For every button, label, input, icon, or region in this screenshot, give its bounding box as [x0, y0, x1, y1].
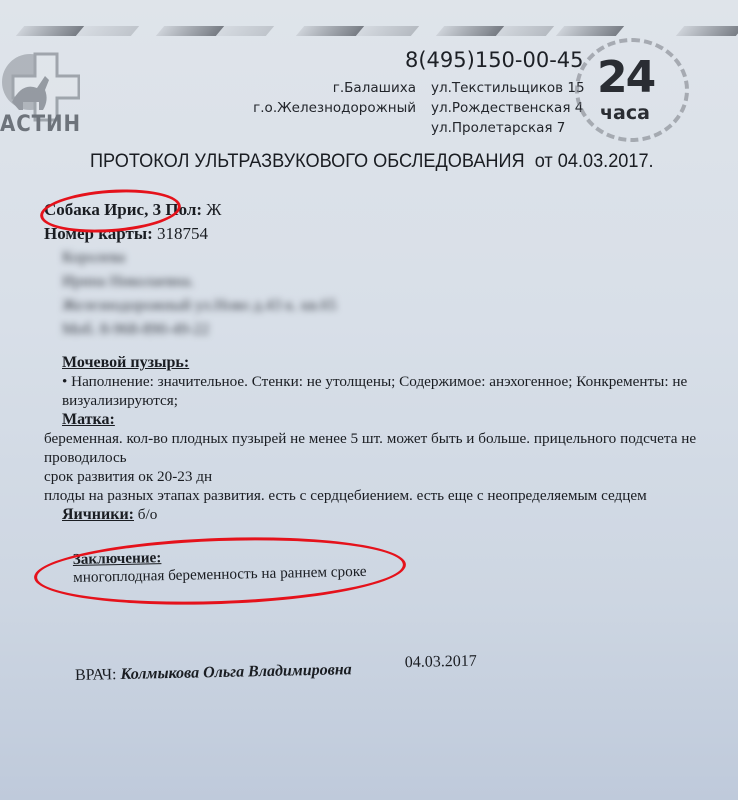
bladder-heading: Мочевой пузырь: — [62, 353, 738, 372]
24-hours-badge: 24 часа — [575, 38, 685, 138]
clinic-cities: г.Балашиха г.о.Железнодорожный — [253, 78, 416, 118]
bladder-text: визуализируются; — [62, 391, 738, 410]
city: г.о.Железнодорожный — [253, 98, 416, 118]
card-value: 318754 — [157, 224, 208, 243]
address: ул.Пролетарская 7 — [431, 118, 585, 138]
bladder-text: • Наполнение: значительное. Стенки: не у… — [62, 372, 738, 391]
city: г.Балашиха — [253, 78, 416, 98]
owner-line: Королева — [62, 246, 337, 270]
badge-number: 24 — [597, 52, 654, 103]
uterus-text: беременная. кол-во плодных пузырей не ме… — [44, 429, 738, 448]
ovaries-value: б/о — [138, 506, 158, 523]
document-title: ПРОТОКОЛ УЛЬТРАЗВУКОВОГО ОБСЛЕДОВАНИЯ — [90, 150, 525, 172]
address: ул.Рождественская 4 — [431, 98, 585, 118]
clinic-phone: 8(495)150-00-45 — [405, 48, 584, 72]
uterus-text: проводилось — [44, 448, 738, 467]
owner-line: Железнодорожный ул.Ново д.43 к. кв.65 — [62, 294, 337, 318]
doctor-name: Колмыкова Ольга Владимировна — [120, 661, 352, 683]
owner-line: Моб. 8-968-890-49-22 — [62, 318, 337, 342]
uterus-heading: Матка: — [62, 410, 738, 429]
red-highlight-ellipse — [33, 532, 407, 611]
uterus-text: срок развития ок 20-23 дн — [44, 467, 738, 486]
findings: Мочевой пузырь: • Наполнение: значительн… — [62, 353, 738, 524]
signature-date: 04.03.2017 — [405, 653, 477, 673]
badge-label: часа — [600, 102, 650, 124]
uterus-text: плоды на разных этапах развития. есть с … — [44, 486, 738, 505]
doctor-label: ВРАЧ: — [75, 666, 117, 684]
ovaries-heading: Яичники: — [62, 506, 134, 523]
clinic-logo-text: АСТИН — [0, 112, 81, 137]
address: ул.Текстильщиков 15 — [431, 78, 585, 98]
page-title: ПРОТОКОЛ УЛЬТРАЗВУКОВОГО ОБСЛЕДОВАНИЯ от… — [90, 150, 654, 173]
doctor-signature: ВРАЧ: Колмыкова Ольга Владимировна 04.03… — [75, 661, 352, 685]
sex-value: Ж — [206, 200, 221, 219]
header-stripes — [0, 26, 738, 38]
clinic-addresses: ул.Текстильщиков 15 ул.Рождественская 4 … — [431, 78, 585, 138]
owner-info-blurred: Королева Ирина Николаевна. Железнодорожн… — [62, 246, 337, 342]
ovaries: Яичники: б/о — [62, 505, 738, 524]
document-date: от 04.03.2017. — [535, 150, 654, 172]
owner-line: Ирина Николаевна. — [62, 270, 337, 294]
